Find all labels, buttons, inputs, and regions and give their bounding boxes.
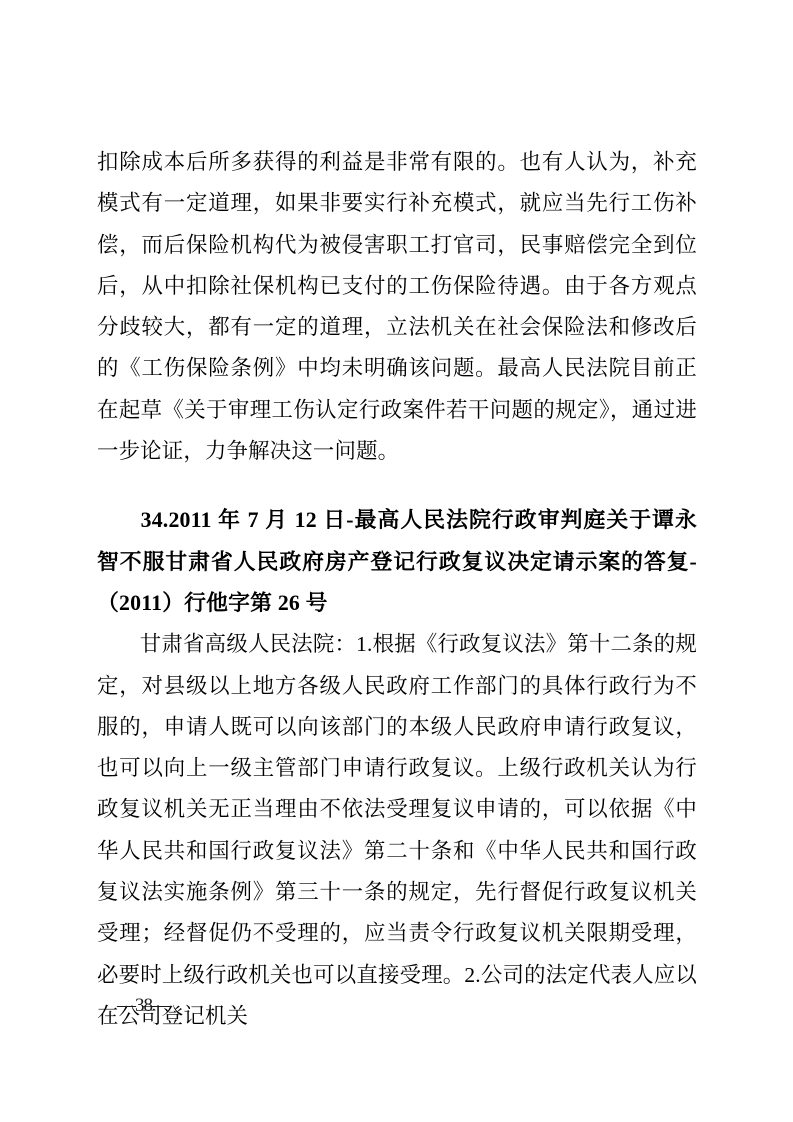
page-number: —38— — [117, 996, 170, 1016]
page-content: 扣除成本后所多获得的利益是非常有限的。也有人认为，补充模式有一定道理，如果非要实… — [97, 142, 697, 1037]
paragraph-body: 甘肃省高级人民法院：1.根据《行政复议法》第十二条的规定，对县级以上地方各级人民… — [97, 624, 697, 1037]
section-heading: 34.2011 年 7 月 12 日-最高人民法院行政审判庭关于谭永智不服甘肃省… — [97, 500, 697, 624]
document-page: 扣除成本后所多获得的利益是非常有限的。也有人认为，补充模式有一定道理，如果非要实… — [0, 0, 793, 1122]
paragraph-continuation: 扣除成本后所多获得的利益是非常有限的。也有人认为，补充模式有一定道理，如果非要实… — [97, 142, 697, 472]
